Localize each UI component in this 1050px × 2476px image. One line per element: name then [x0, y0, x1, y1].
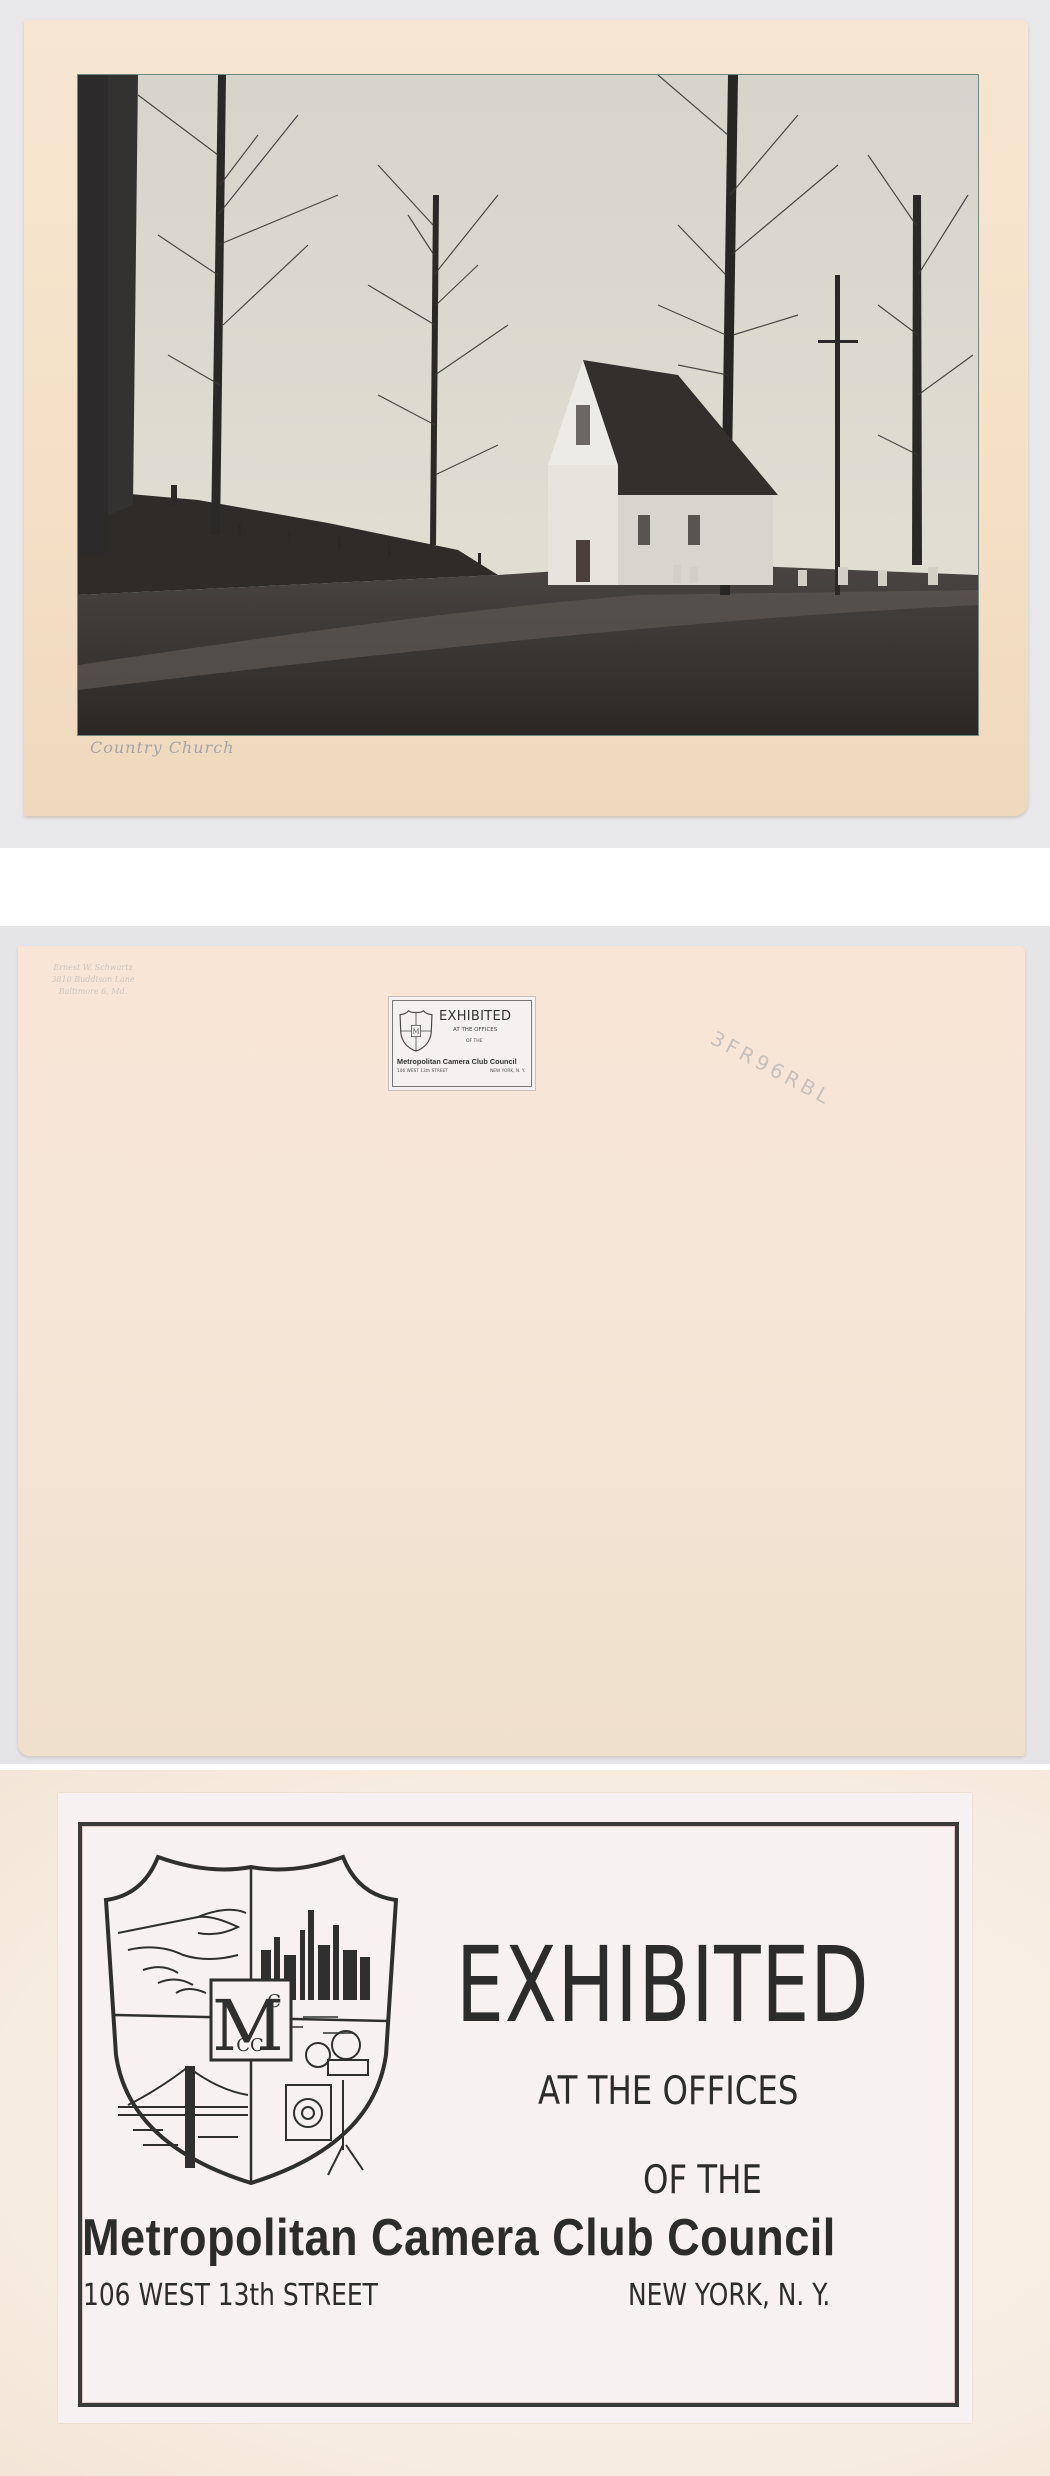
label-closeup-view: M C CC EXHIBITED AT THE OFFICES	[0, 1770, 1050, 2476]
photo-caption: Country Church	[90, 738, 234, 757]
exhibition-label-small: M EXHIBITED AT THE OFFICES OF THE Metrop…	[388, 996, 536, 1091]
label-border: M EXHIBITED AT THE OFFICES OF THE Metrop…	[392, 1000, 532, 1087]
label-small-headline: EXHIBITED	[439, 1009, 511, 1024]
monogram-cc: CC	[236, 2035, 264, 2056]
photo-back-view: Ernest W. Schwartz 3810 Buddison Lane Ba…	[0, 926, 1050, 1764]
exhibition-label: M C CC EXHIBITED AT THE OFFICES	[58, 1793, 972, 2423]
label-small-street: 106 WEST 13th STREET	[397, 1069, 448, 1074]
pencil-inventory-note: 3FR96RBL	[707, 1026, 837, 1110]
monogram-c: C	[267, 1991, 281, 2012]
mount-board-back: Ernest W. Schwartz 3810 Buddison Lane Ba…	[18, 946, 1025, 1756]
label-street-address: 106 WEST 13th STREET	[83, 2281, 378, 2311]
label-line-of-the: OF THE	[643, 2161, 762, 2200]
owner-name: Ernest W. Schwartz	[38, 962, 148, 974]
label-line-at-the-offices: AT THE OFFICES	[538, 2072, 798, 2111]
country-church-photograph	[77, 74, 979, 736]
owner-address-stamp: Ernest W. Schwartz 3810 Buddison Lane Ba…	[38, 962, 148, 998]
label-city: NEW YORK, N. Y.	[628, 2281, 830, 2311]
label-small-organization: Metropolitan Camera Club Council	[397, 1057, 517, 1066]
church-scene-image	[78, 75, 978, 735]
label-headline: EXHIBITED	[456, 1933, 869, 2037]
camera-icon	[286, 2031, 368, 2175]
photo-front-view: Country Church	[0, 0, 1050, 848]
svg-text:M: M	[413, 1028, 420, 1036]
owner-street: 3810 Buddison Lane	[38, 974, 148, 986]
mccc-shield-emblem-icon: M C CC	[88, 1845, 413, 2185]
owner-city: Baltimore 6, Md.	[38, 986, 148, 998]
label-organization-name: Metropolitan Camera Club Council	[82, 2212, 836, 2264]
mccc-shield-icon: M	[397, 1007, 435, 1055]
label-small-line3: OF THE	[466, 1039, 483, 1044]
label-small-city: NEW YORK, N. Y.	[490, 1069, 525, 1074]
label-small-line2: AT THE OFFICES	[453, 1027, 497, 1033]
